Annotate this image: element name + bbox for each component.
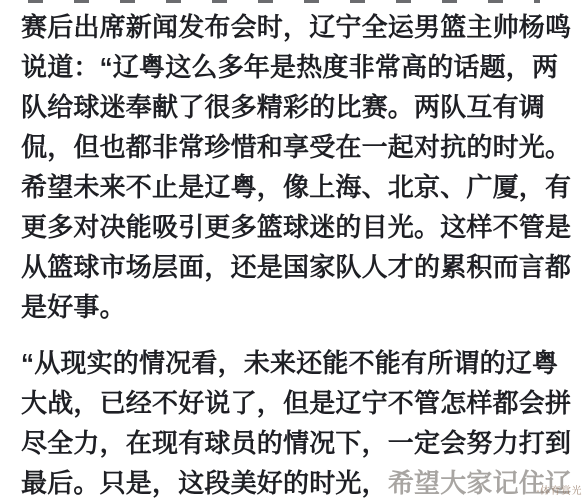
text-segment-normal: 最后。只是，这段美好的时光，	[21, 468, 388, 498]
watermark: -体育赏光	[536, 482, 582, 497]
paragraph-1: 赛后出席新闻发布会时，辽宁全运男篮主帅杨鸣 说道：“辽粤这么多年是热度非常高的话…	[21, 7, 568, 327]
paragraph-2: “从现实的情况看，未来还能不能有所谓的辽粤 大战，已经不好说了，但是辽宁不管怎样…	[21, 343, 568, 500]
text-line: 希望未来不止是辽粤，像上海、北京、广厦，有	[21, 167, 568, 207]
text-line: 说道：“辽粤这么多年是热度非常高的话题，两	[21, 47, 568, 87]
article-body: 赛后出席新闻发布会时，辽宁全运男篮主帅杨鸣 说道：“辽粤这么多年是热度非常高的话…	[21, 7, 568, 500]
text-line: 尽全力，在现有球员的情况下，一定会努力打到	[21, 423, 568, 463]
text-line: 是好事。	[21, 287, 568, 327]
text-line: “从现实的情况看，未来还能不能有所谓的辽粤	[21, 343, 568, 383]
text-line: 更多对决能吸引更多篮球迷的目光。这样不管是	[21, 207, 568, 247]
text-line-last: 最后。只是，这段美好的时光，希望大家记住辽	[21, 463, 568, 500]
cropped-line-remnant	[28, 0, 540, 3]
article-page: 赛后出席新闻发布会时，辽宁全运男篮主帅杨鸣 说道：“辽粤这么多年是热度非常高的话…	[0, 0, 584, 500]
text-line: 赛后出席新闻发布会时，辽宁全运男篮主帅杨鸣	[21, 7, 568, 47]
text-line: 队给球迷奉献了很多精彩的比赛。两队互有调	[21, 87, 568, 127]
text-line: 侃，但也都非常珍惜和享受在一起对抗的时光。	[21, 127, 568, 167]
text-line: 大战，已经不好说了，但是辽宁不管怎样都会拼	[21, 383, 568, 423]
text-line: 从篮球市场层面，还是国家队人才的累积而言都	[21, 247, 568, 287]
